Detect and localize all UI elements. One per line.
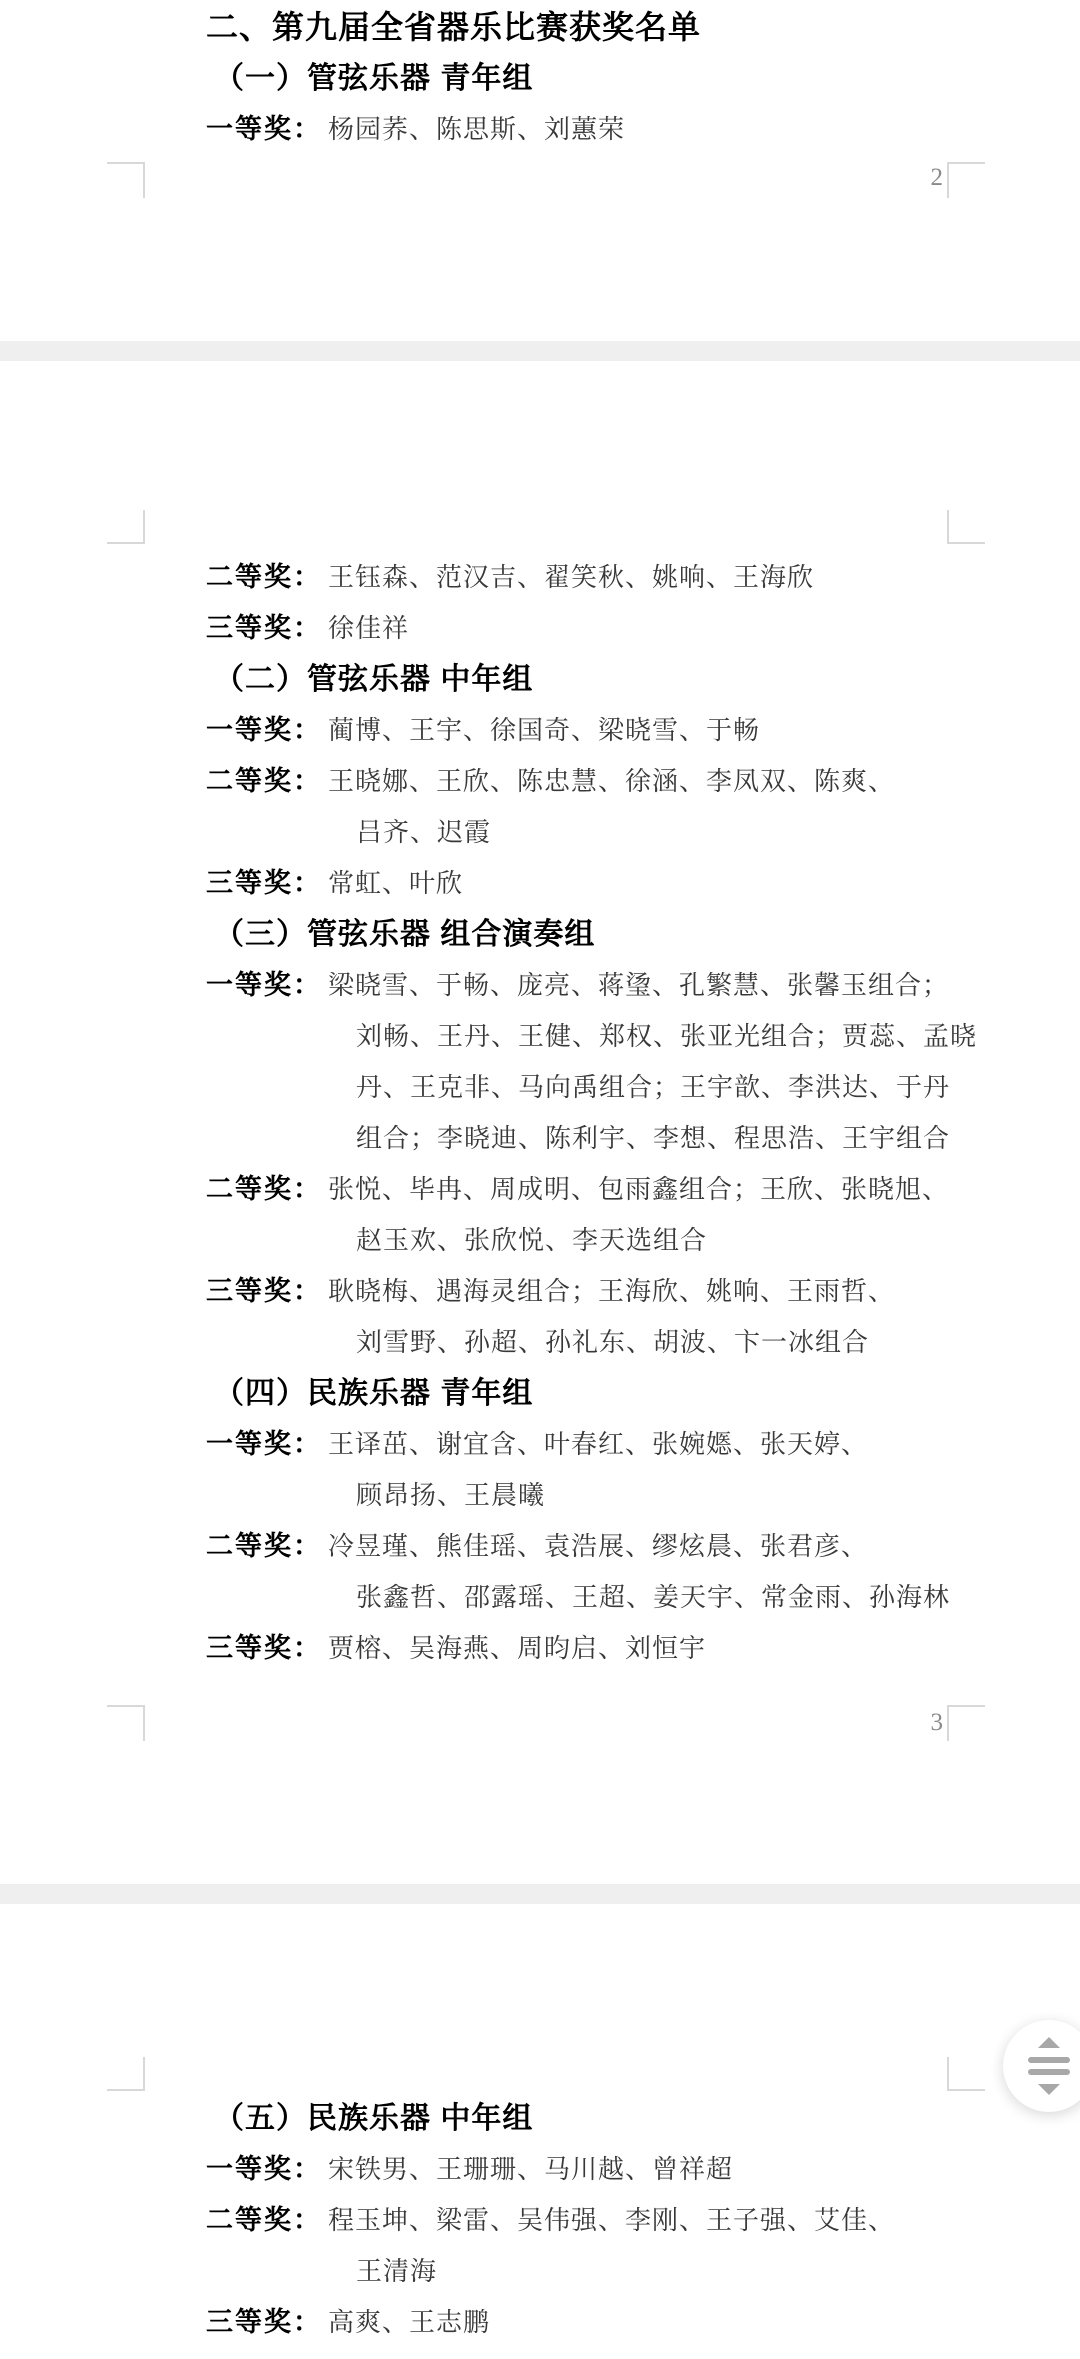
award-tier-label: 二等奖： xyxy=(206,2205,328,2235)
line-text: 徐佳祥 xyxy=(328,614,409,643)
document-line: 一等奖：宋铁男、王珊珊、马川越、曾祥超 xyxy=(206,2144,996,2195)
line-text: （一）管弦乐器 青年组 xyxy=(214,62,533,95)
document-line: 二等奖：王晓娜、王欣、陈忠慧、徐涵、李凤双、陈爽、 xyxy=(206,756,996,807)
scroll-handle-icon xyxy=(1028,2069,1070,2075)
document-line: 一等奖：梁晓雪、于畅、庞亮、蒋𬍡、孔繁慧、张馨玉组合； xyxy=(206,960,996,1011)
document-line: 组合；李晓迪、陈利宇、李想、程思浩、王宇组合 xyxy=(206,1113,996,1164)
margin-corner-mark xyxy=(947,2057,985,2091)
section-heading: （三）管弦乐器 组合演奏组 xyxy=(214,909,996,960)
margin-corner-mark xyxy=(947,1705,985,1741)
page-number: 3 xyxy=(899,1708,943,1738)
award-tier-label: 一等奖： xyxy=(206,970,328,1000)
award-tier-label: 一等奖： xyxy=(206,715,328,745)
award-tier-label: 一等奖： xyxy=(206,114,328,144)
document-line: 一等奖：蔺博、王宇、徐国奇、梁晓雪、于畅 xyxy=(206,705,996,756)
scroll-down-icon xyxy=(1038,2084,1060,2095)
margin-corner-mark xyxy=(947,510,985,544)
line-text: 赵玉欢、张欣悦、李天选组合 xyxy=(356,1226,707,1255)
document-line: 赵玉欢、张欣悦、李天选组合 xyxy=(206,1215,996,1266)
line-text: （三）管弦乐器 组合演奏组 xyxy=(214,918,595,951)
scroll-up-icon xyxy=(1038,2037,1060,2048)
document-line: 顾昂扬、王晨曦 xyxy=(206,1470,996,1521)
line-text: 组合；李晓迪、陈利宇、李想、程思浩、王宇组合 xyxy=(356,1124,950,1153)
document-line: 一等奖：杨园荞、陈思斯、刘蕙荣 xyxy=(206,104,996,155)
document-line: 一等奖：王译茁、谢宜含、叶春红、张婉嫕、张天婷、 xyxy=(206,1419,996,1470)
margin-corner-mark xyxy=(107,162,145,198)
award-tier-label: 三等奖： xyxy=(206,1276,328,1306)
document-line: 刘畅、王丹、王健、郑权、张亚光组合；贾蕊、孟晓 xyxy=(206,1011,996,1062)
document-line: 三等奖：贾榕、吴海燕、周昀启、刘恒宇 xyxy=(206,1623,996,1674)
margin-corner-mark xyxy=(107,510,145,544)
document-line: 刘雪野、孙超、孙礼东、胡波、卞一冰组合 xyxy=(206,1317,996,1368)
award-tier-label: 三等奖： xyxy=(206,2307,328,2337)
document-page-1-content: 二、第九届全省器乐比赛获奖名单（一）管弦乐器 青年组一等奖：杨园荞、陈思斯、刘蕙… xyxy=(206,2,996,155)
line-text: （五）民族乐器 中年组 xyxy=(214,2102,533,2135)
award-tier-label: 二等奖： xyxy=(206,1531,328,1561)
line-text: 王钰森、范汉吉、翟笑秋、姚响、王海欣 xyxy=(328,563,814,592)
line-text: 贾榕、吴海燕、周昀启、刘恒宇 xyxy=(328,1634,706,1663)
line-text: （二）管弦乐器 中年组 xyxy=(214,663,533,696)
document-line: 王清海 xyxy=(206,2246,996,2297)
document-line: 二等奖：程玉坤、梁雷、吴伟强、李刚、王子强、艾佳、 xyxy=(206,2195,996,2246)
document-page-3-content: （五）民族乐器 中年组一等奖：宋铁男、王珊珊、马川越、曾祥超二等奖：程玉坤、梁雷… xyxy=(206,2093,996,2348)
line-text: 二、第九届全省器乐比赛获奖名单 xyxy=(206,9,701,45)
document-page-2-content: 二等奖：王钰森、范汉吉、翟笑秋、姚响、王海欣三等奖：徐佳祥（二）管弦乐器 中年组… xyxy=(206,552,996,1674)
page-number: 2 xyxy=(899,163,943,193)
margin-corner-mark xyxy=(107,2057,145,2091)
line-text: 程玉坤、梁雷、吴伟强、李刚、王子强、艾佳、 xyxy=(328,2206,895,2235)
scroll-navigator-button[interactable] xyxy=(1003,2020,1080,2112)
line-text: 宋铁男、王珊珊、马川越、曾祥超 xyxy=(328,2155,733,2184)
document-line: 二等奖：张悦、毕冉、周成明、包雨鑫组合；王欣、张晓旭、 xyxy=(206,1164,996,1215)
scroll-handle-icon xyxy=(1028,2057,1070,2063)
page-gap xyxy=(0,341,1080,361)
document-line: 丹、王克非、马向禹组合；王宇歆、李洪达、于丹 xyxy=(206,1062,996,1113)
margin-corner-mark xyxy=(107,1705,145,1741)
line-text: 顾昂扬、王晨曦 xyxy=(356,1481,545,1510)
section-heading: （二）管弦乐器 中年组 xyxy=(214,654,996,705)
line-text: 常虹、叶欣 xyxy=(328,869,463,898)
award-tier-label: 二等奖： xyxy=(206,562,328,592)
line-text: 高爽、王志鹏 xyxy=(328,2308,490,2337)
line-text: 张鑫哲、邵露瑶、王超、姜天宇、常金雨、孙海林 xyxy=(356,1583,950,1612)
document-line: 二等奖：冷昱瑾、熊佳瑶、袁浩展、缪炫晨、张君彦、 xyxy=(206,1521,996,1572)
document-line: 吕齐、迟霞 xyxy=(206,807,996,858)
award-tier-label: 二等奖： xyxy=(206,1174,328,1204)
section-heading: （五）民族乐器 中年组 xyxy=(214,2093,996,2144)
document-line: 张鑫哲、邵露瑶、王超、姜天宇、常金雨、孙海林 xyxy=(206,1572,996,1623)
line-text: （四）民族乐器 青年组 xyxy=(214,1377,533,1410)
page-gap xyxy=(0,1884,1080,1904)
award-tier-label: 三等奖： xyxy=(206,1633,328,1663)
award-tier-label: 二等奖： xyxy=(206,766,328,796)
line-text: 王晓娜、王欣、陈忠慧、徐涵、李凤双、陈爽、 xyxy=(328,767,895,796)
margin-corner-mark xyxy=(947,162,985,198)
award-tier-label: 三等奖： xyxy=(206,868,328,898)
section-heading: （四）民族乐器 青年组 xyxy=(214,1368,996,1419)
award-tier-label: 一等奖： xyxy=(206,1429,328,1459)
document-line: 三等奖：常虹、叶欣 xyxy=(206,858,996,909)
line-text: 梁晓雪、于畅、庞亮、蒋𬍡、孔繁慧、张馨玉组合； xyxy=(328,971,949,1000)
section-heading: （一）管弦乐器 青年组 xyxy=(214,53,996,104)
award-tier-label: 三等奖： xyxy=(206,613,328,643)
line-text: 吕齐、迟霞 xyxy=(356,818,491,847)
document-line: 二等奖：王钰森、范汉吉、翟笑秋、姚响、王海欣 xyxy=(206,552,996,603)
line-text: 刘畅、王丹、王健、郑权、张亚光组合；贾蕊、孟晓 xyxy=(356,1022,977,1051)
line-text: 刘雪野、孙超、孙礼东、胡波、卞一冰组合 xyxy=(356,1328,869,1357)
line-text: 耿晓梅、遇海灵组合；王海欣、姚响、王雨哲、 xyxy=(328,1277,895,1306)
line-text: 王译茁、谢宜含、叶春红、张婉嫕、张天婷、 xyxy=(328,1430,868,1459)
line-text: 杨园荞、陈思斯、刘蕙荣 xyxy=(328,115,625,144)
document-title: 二、第九届全省器乐比赛获奖名单 xyxy=(206,2,996,53)
document-line: 三等奖：徐佳祥 xyxy=(206,603,996,654)
award-tier-label: 一等奖： xyxy=(206,2154,328,2184)
line-text: 王清海 xyxy=(356,2257,437,2286)
document-line: 三等奖：高爽、王志鹏 xyxy=(206,2297,996,2348)
line-text: 张悦、毕冉、周成明、包雨鑫组合；王欣、张晓旭、 xyxy=(328,1175,949,1204)
line-text: 丹、王克非、马向禹组合；王宇歆、李洪达、于丹 xyxy=(356,1073,950,1102)
document-viewer: { "document": { "title": "二、第九届全省器乐比赛获奖名… xyxy=(0,0,1080,2359)
line-text: 蔺博、王宇、徐国奇、梁晓雪、于畅 xyxy=(328,716,760,745)
line-text: 冷昱瑾、熊佳瑶、袁浩展、缪炫晨、张君彦、 xyxy=(328,1532,868,1561)
document-line: 三等奖：耿晓梅、遇海灵组合；王海欣、姚响、王雨哲、 xyxy=(206,1266,996,1317)
